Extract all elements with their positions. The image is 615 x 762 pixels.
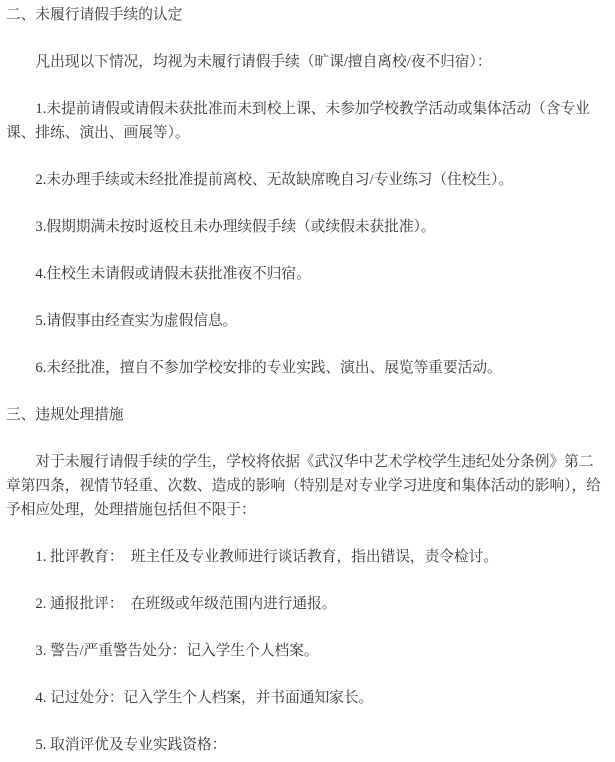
criteria-item-5: 5.请假事由经查实为虚假信息。 — [6, 309, 607, 333]
criteria-item-6: 6.未经批准，擅自不参加学校安排的专业实践、演出、展览等重要活动。 — [6, 356, 607, 380]
section-3-heading: 三、违规处理措施 — [6, 403, 607, 427]
criteria-item-4: 4.住校生未请假或请假未获批准夜不归宿。 — [6, 262, 607, 286]
policy-document: 二、未履行请假手续的认定 凡出现以下情况，均视为未履行请假手续（旷课/擅自离校/… — [0, 0, 615, 762]
criteria-item-1: 1.未提前请假或请假未获批准而未到校上课、未参加学校教学活动或集体活动（含专业课… — [6, 97, 607, 145]
measure-item-3: 3. 警告/严重警告处分：记入学生个人档案。 — [6, 639, 607, 663]
section-2-heading: 二、未履行请假手续的认定 — [6, 3, 607, 27]
criteria-item-3: 3.假期期满未按时返校且未办理续假手续（或续假未获批准）。 — [6, 215, 607, 239]
measure-item-5: 5. 取消评优及专业实践资格： — [6, 733, 607, 757]
measure-item-4: 4. 记过处分：记入学生个人档案，并书面通知家长。 — [6, 686, 607, 710]
section-2-intro: 凡出现以下情况，均视为未履行请假手续（旷课/擅自离校/夜不归宿）： — [6, 50, 607, 74]
criteria-item-2: 2.未办理手续或未经批准提前离校、无故缺席晚自习/专业练习（住校生）。 — [6, 168, 607, 192]
section-3-intro: 对于未履行请假手续的学生，学校将依据《武汉华中艺术学校学生违纪处分条例》第二章第… — [6, 450, 607, 522]
measure-item-2: 2. 通报批评： 在班级或年级范围内进行通报。 — [6, 592, 607, 616]
measure-item-1: 1. 批评教育： 班主任及专业教师进行谈话教育，指出错误，责令检讨。 — [6, 545, 607, 569]
